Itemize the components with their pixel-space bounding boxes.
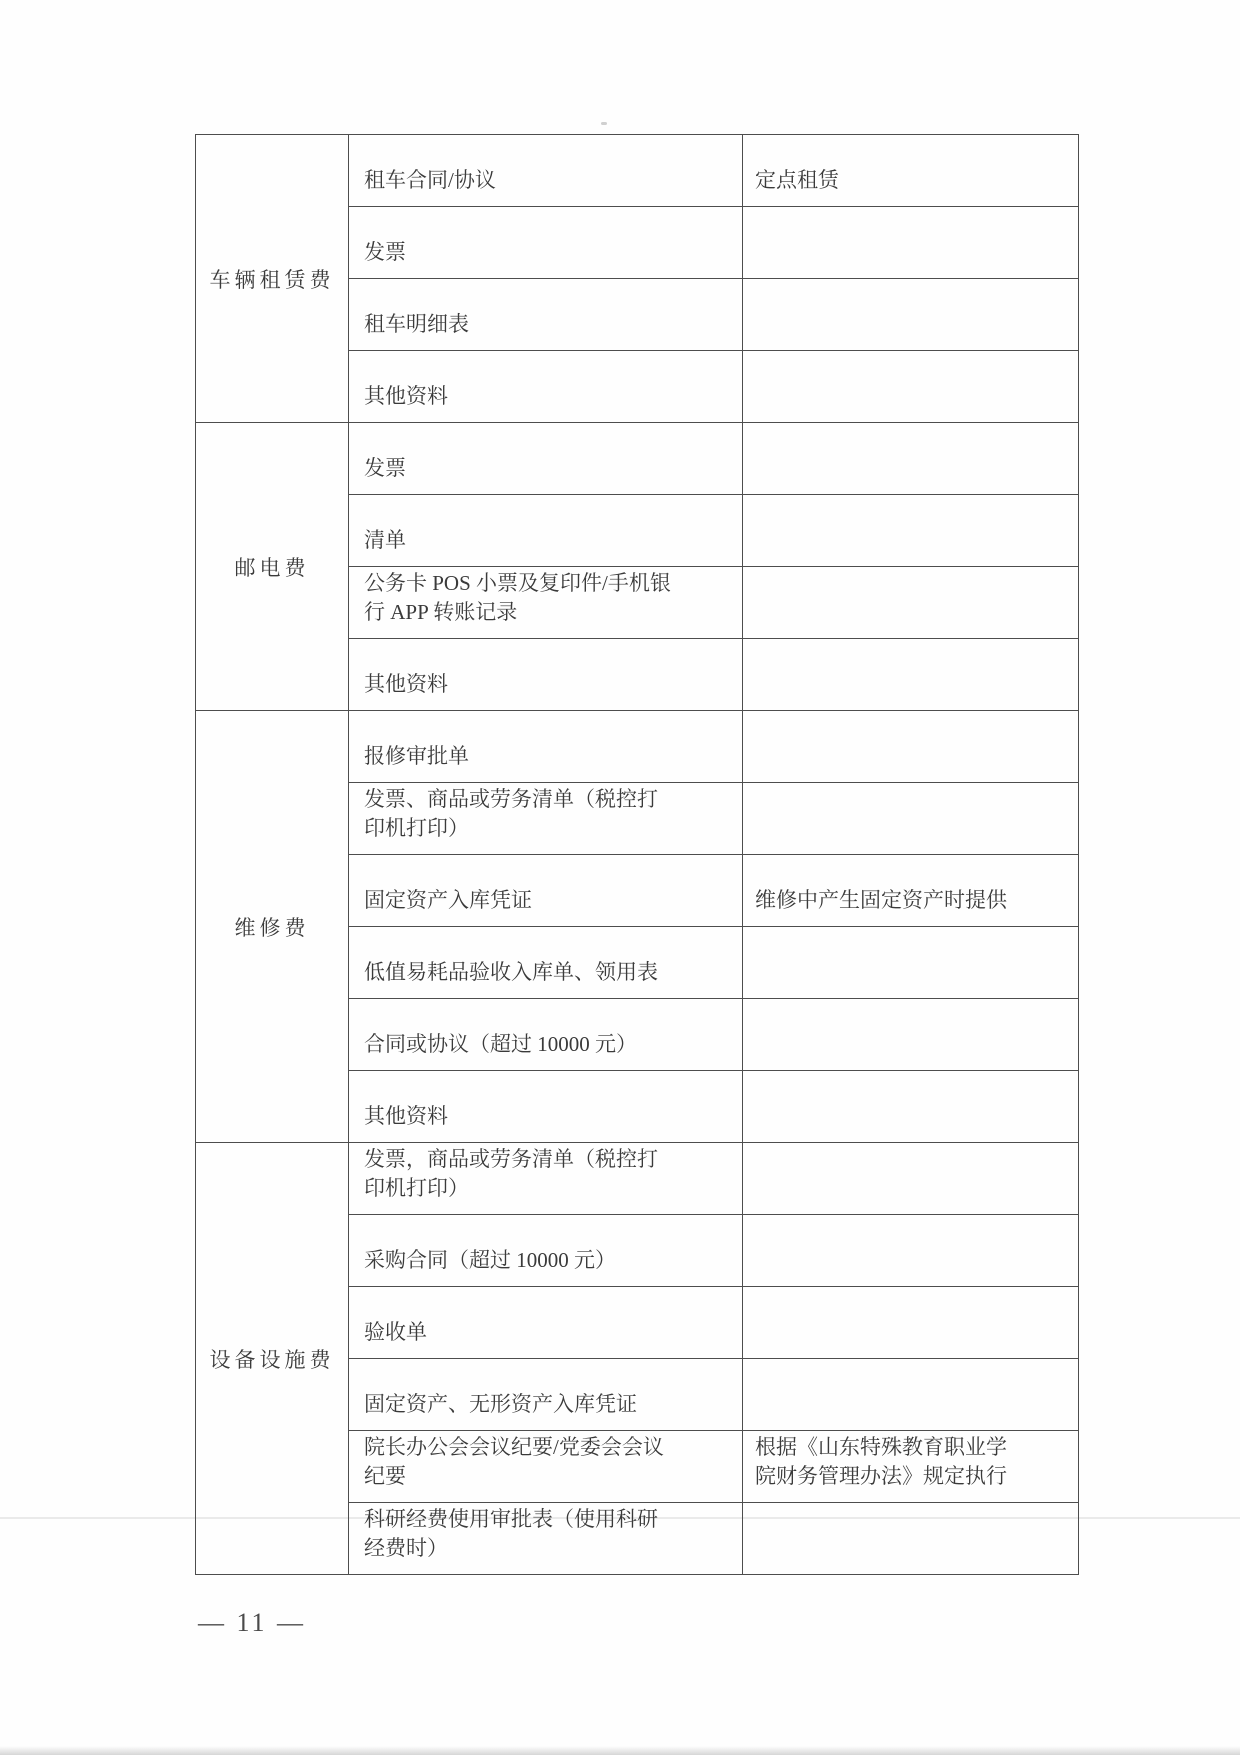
note-cell: 维修中产生固定资产时提供 bbox=[743, 855, 1079, 927]
table-row: 设备设施费发票，商品或劳务清单（税控打 印机打印） bbox=[196, 1143, 1079, 1215]
scan-speck bbox=[601, 122, 607, 125]
document-cell: 清单 bbox=[349, 495, 743, 567]
note-cell bbox=[743, 1143, 1079, 1215]
document-cell: 低值易耗品验收入库单、领用表 bbox=[349, 927, 743, 999]
document-cell: 发票 bbox=[349, 207, 743, 279]
note-cell bbox=[743, 999, 1079, 1071]
document-cell: 采购合同（超过 10000 元） bbox=[349, 1215, 743, 1287]
category-cell: 设备设施费 bbox=[196, 1143, 349, 1575]
document-cell: 合同或协议（超过 10000 元） bbox=[349, 999, 743, 1071]
document-cell: 其他资料 bbox=[349, 639, 743, 711]
document-cell: 租车明细表 bbox=[349, 279, 743, 351]
document-cell: 租车合同/协议 bbox=[349, 135, 743, 207]
page-number: — 11 — bbox=[198, 1608, 306, 1638]
note-cell bbox=[743, 1503, 1079, 1575]
note-cell bbox=[743, 351, 1079, 423]
note-cell bbox=[743, 927, 1079, 999]
note-cell bbox=[743, 279, 1079, 351]
category-cell: 邮电费 bbox=[196, 423, 349, 711]
note-cell: 根据《山东特殊教育职业学 院财务管理办法》规定执行 bbox=[743, 1431, 1079, 1503]
note-cell bbox=[743, 567, 1079, 639]
document-cell: 固定资产、无形资产入库凭证 bbox=[349, 1359, 743, 1431]
document-cell: 其他资料 bbox=[349, 351, 743, 423]
document-cell: 科研经费使用审批表（使用科研 经费时） bbox=[349, 1503, 743, 1575]
expense-materials-table: 车辆租赁费租车合同/协议定点租赁发票租车明细表其他资料邮电费发票清单公务卡 PO… bbox=[195, 134, 1079, 1575]
note-cell bbox=[743, 1215, 1079, 1287]
note-cell bbox=[743, 1287, 1079, 1359]
note-cell bbox=[743, 207, 1079, 279]
table-row: 车辆租赁费租车合同/协议定点租赁 bbox=[196, 135, 1079, 207]
category-cell: 维修费 bbox=[196, 711, 349, 1143]
document-cell: 固定资产入库凭证 bbox=[349, 855, 743, 927]
document-cell: 验收单 bbox=[349, 1287, 743, 1359]
table-row: 维修费报修审批单 bbox=[196, 711, 1079, 783]
document-page: 车辆租赁费租车合同/协议定点租赁发票租车明细表其他资料邮电费发票清单公务卡 PO… bbox=[0, 0, 1240, 1755]
document-cell: 发票、商品或劳务清单（税控打 印机打印） bbox=[349, 783, 743, 855]
category-cell: 车辆租赁费 bbox=[196, 135, 349, 423]
scan-bottom-edge bbox=[0, 1746, 1240, 1755]
document-cell: 发票，商品或劳务清单（税控打 印机打印） bbox=[349, 1143, 743, 1215]
document-cell: 院长办公会会议纪要/党委会会议 纪要 bbox=[349, 1431, 743, 1503]
note-cell bbox=[743, 495, 1079, 567]
document-cell: 其他资料 bbox=[349, 1071, 743, 1143]
note-cell bbox=[743, 783, 1079, 855]
note-cell: 定点租赁 bbox=[743, 135, 1079, 207]
document-cell: 报修审批单 bbox=[349, 711, 743, 783]
expense-materials-table-body: 车辆租赁费租车合同/协议定点租赁发票租车明细表其他资料邮电费发票清单公务卡 PO… bbox=[196, 135, 1079, 1575]
table-row: 邮电费发票 bbox=[196, 423, 1079, 495]
document-cell: 发票 bbox=[349, 423, 743, 495]
note-cell bbox=[743, 639, 1079, 711]
note-cell bbox=[743, 1071, 1079, 1143]
document-cell: 公务卡 POS 小票及复印件/手机银 行 APP 转账记录 bbox=[349, 567, 743, 639]
note-cell bbox=[743, 1359, 1079, 1431]
note-cell bbox=[743, 711, 1079, 783]
note-cell bbox=[743, 423, 1079, 495]
